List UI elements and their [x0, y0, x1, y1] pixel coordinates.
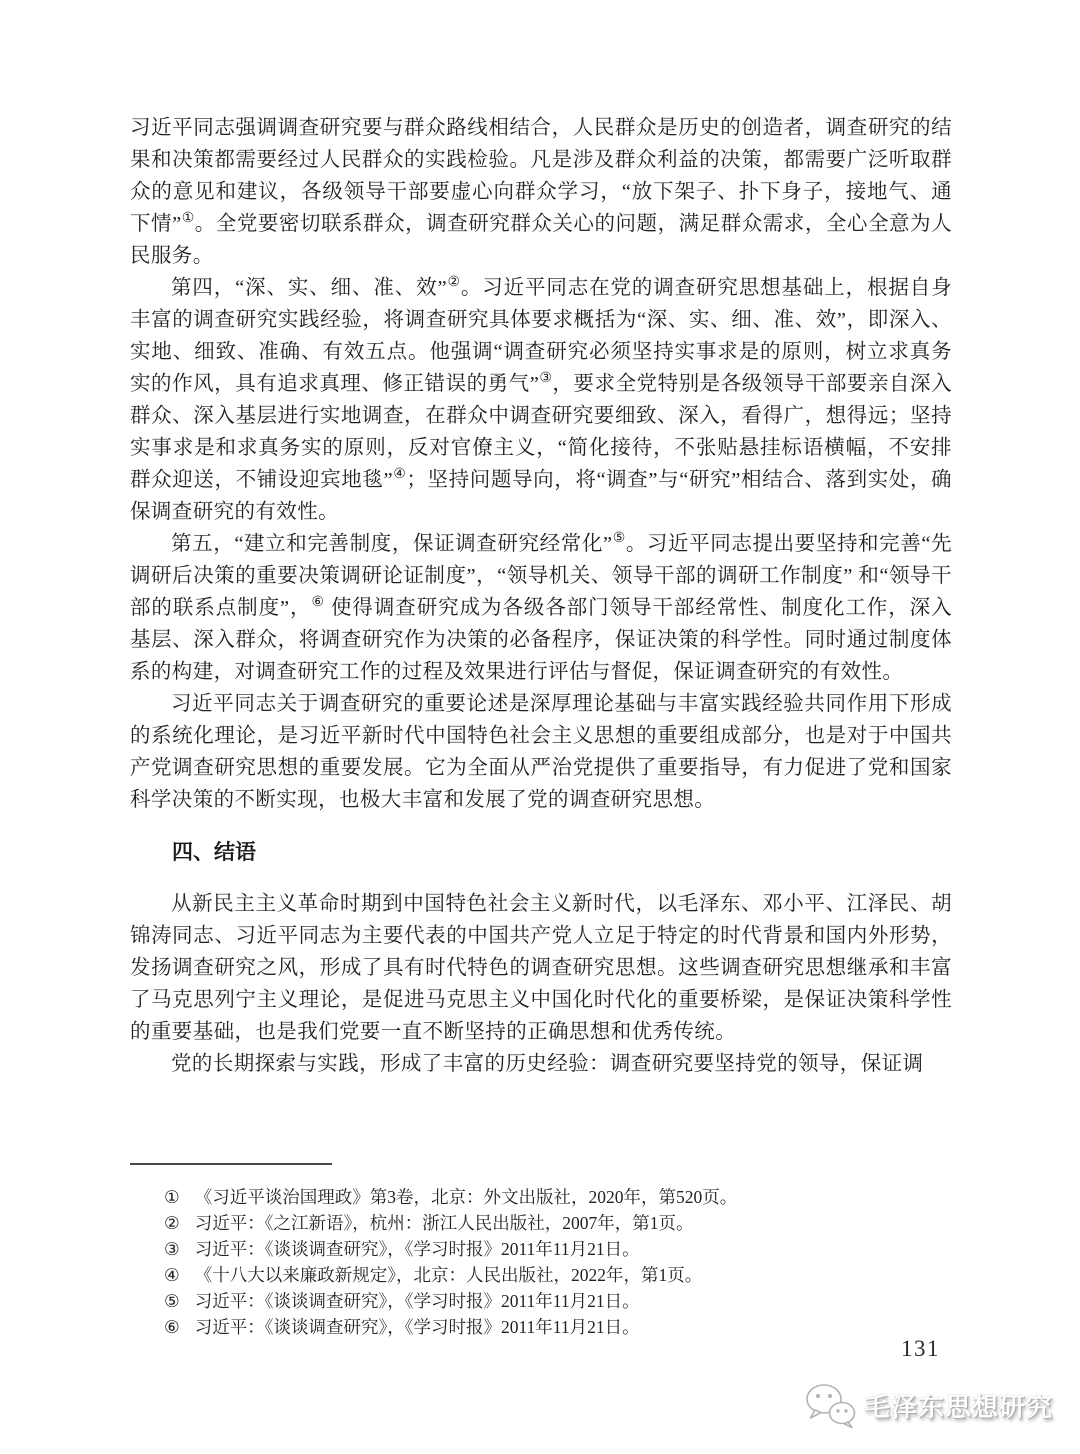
footnote-item: ④《十八大以来廉政新规定》，北京：人民出版社，2022年，第1页。	[130, 1262, 952, 1288]
footnote-marker: ①	[164, 1184, 180, 1210]
footnote-item: ⑤习近平：《谈谈调查研究》，《学习时报》2011年11月21日。	[130, 1288, 952, 1314]
footnote-marker: ④	[164, 1262, 180, 1288]
page-number: 131	[901, 1336, 940, 1362]
footnote-ref: ⑥	[312, 595, 325, 610]
footnote-item: ②习近平：《之江新语》，杭州：浙江人民出版社，2007年，第1页。	[130, 1210, 952, 1236]
footnote-ref: ①	[182, 211, 195, 226]
footnote-text: 习近平：《之江新语》，杭州：浙江人民出版社，2007年，第1页。	[195, 1213, 694, 1233]
body-text: 习近平同志强调调查研究要与群众路线相结合，人民群众是历史的创造者，调查研究的结果…	[130, 112, 952, 1080]
body-paragraph: 从新民主主义革命时期到中国特色社会主义新时代，以毛泽东、邓小平、江泽民、胡锦涛同…	[130, 888, 952, 1048]
footnote-ref: ③	[539, 371, 552, 386]
footnote-item: ①《习近平谈治国理政》第3卷，北京：外文出版社，2020年，第520页。	[130, 1184, 952, 1210]
wechat-icon	[804, 1382, 856, 1428]
footnote-text: 习近平：《谈谈调查研究》，《学习时报》2011年11月21日。	[195, 1239, 640, 1259]
footnote-marker: ⑥	[164, 1314, 180, 1340]
section-heading: 四、结语	[130, 838, 952, 868]
footnotes-list: ①《习近平谈治国理政》第3卷，北京：外文出版社，2020年，第520页。②习近平…	[130, 1184, 952, 1340]
watermark-text: 毛泽东思想研究	[864, 1387, 1053, 1424]
footnote-text: 习近平：《谈谈调查研究》，《学习时报》2011年11月21日。	[195, 1317, 640, 1337]
body-paragraph: 党的长期探索与实践，形成了丰富的历史经验：调查研究要坚持党的领导，保证调	[130, 1048, 952, 1080]
body-paragraph: 习近平同志关于调查研究的重要论述是深厚理论基础与丰富实践经验共同作用下形成的系统…	[130, 688, 952, 816]
body-paragraph: 第五，“建立和完善制度，保证调查研究经常化”⑤。习近平同志提出要坚持和完善“先调…	[130, 528, 952, 688]
footnote-text: 习近平：《谈谈调查研究》，《学习时报》2011年11月21日。	[195, 1291, 640, 1311]
footnote-ref: ⑤	[612, 531, 625, 546]
body-paragraph: 第四，“深、实、细、准、效”②。习近平同志在党的调查研究思想基础上，根据自身丰富…	[130, 272, 952, 528]
body-paragraph: 习近平同志强调调查研究要与群众路线相结合，人民群众是历史的创造者，调查研究的结果…	[130, 112, 952, 272]
footnote-marker: ③	[164, 1236, 180, 1262]
footnote-marker: ⑤	[164, 1288, 180, 1314]
footnote-ref: ④	[393, 467, 406, 482]
footnote-text: 《十八大以来廉政新规定》，北京：人民出版社，2022年，第1页。	[195, 1265, 703, 1285]
footnote-ref: ②	[447, 275, 461, 290]
scanned-paper-page: 习近平同志强调调查研究要与群众路线相结合，人民群众是历史的创造者，调查研究的结果…	[0, 0, 1080, 1454]
footnote-marker: ②	[164, 1210, 180, 1236]
journal-watermark: 毛泽东思想研究	[804, 1382, 1053, 1428]
footnote-separator	[130, 1163, 332, 1165]
footnote-item: ③习近平：《谈谈调查研究》，《学习时报》2011年11月21日。	[130, 1236, 952, 1262]
footnote-item: ⑥习近平：《谈谈调查研究》，《学习时报》2011年11月21日。	[130, 1314, 952, 1340]
footnote-text: 《习近平谈治国理政》第3卷，北京：外文出版社，2020年，第520页。	[195, 1187, 738, 1207]
